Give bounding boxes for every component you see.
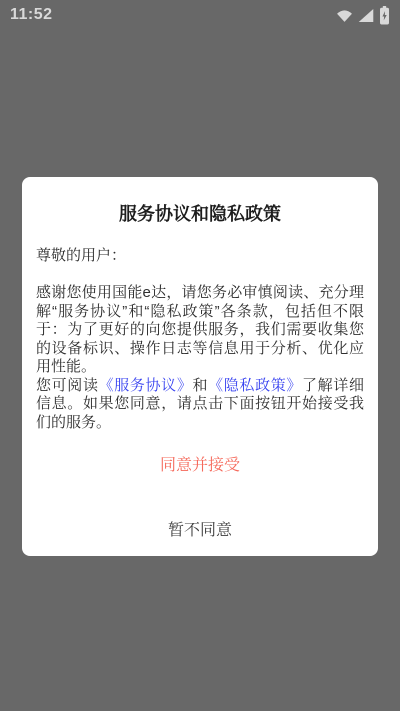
status-bar: 11:52	[0, 0, 400, 30]
service-agreement-link[interactable]: 《服务协议》	[99, 377, 193, 394]
status-icons	[336, 6, 390, 25]
battery-charging-icon	[379, 6, 390, 25]
status-time: 11:52	[10, 6, 53, 24]
privacy-policy-link[interactable]: 《隐私政策》	[208, 377, 302, 394]
disagree-button[interactable]: 暂不同意	[36, 515, 364, 542]
terms-paragraph: 感谢您使用国能e达，请您务必审慎阅读、充分理解“服务协议”和“隐私政策”各条款，…	[36, 284, 364, 377]
agree-button[interactable]: 同意并接受	[36, 450, 364, 477]
greeting-text: 尊敬的用户：	[36, 246, 364, 265]
wifi-icon	[336, 8, 353, 23]
links-paragraph-prefix: 您可阅读	[36, 377, 99, 394]
links-paragraph: 您可阅读《服务协议》和《隐私政策》了解详细信息。如果您同意，请点击下面按钮开始接…	[36, 377, 364, 433]
dialog-title: 服务协议和隐私政策	[36, 202, 364, 226]
cellular-signal-icon	[358, 8, 374, 23]
privacy-policy-dialog: 服务协议和隐私政策 尊敬的用户： 感谢您使用国能e达，请您务必审慎阅读、充分理解…	[22, 177, 378, 556]
links-paragraph-middle: 和	[192, 377, 208, 394]
